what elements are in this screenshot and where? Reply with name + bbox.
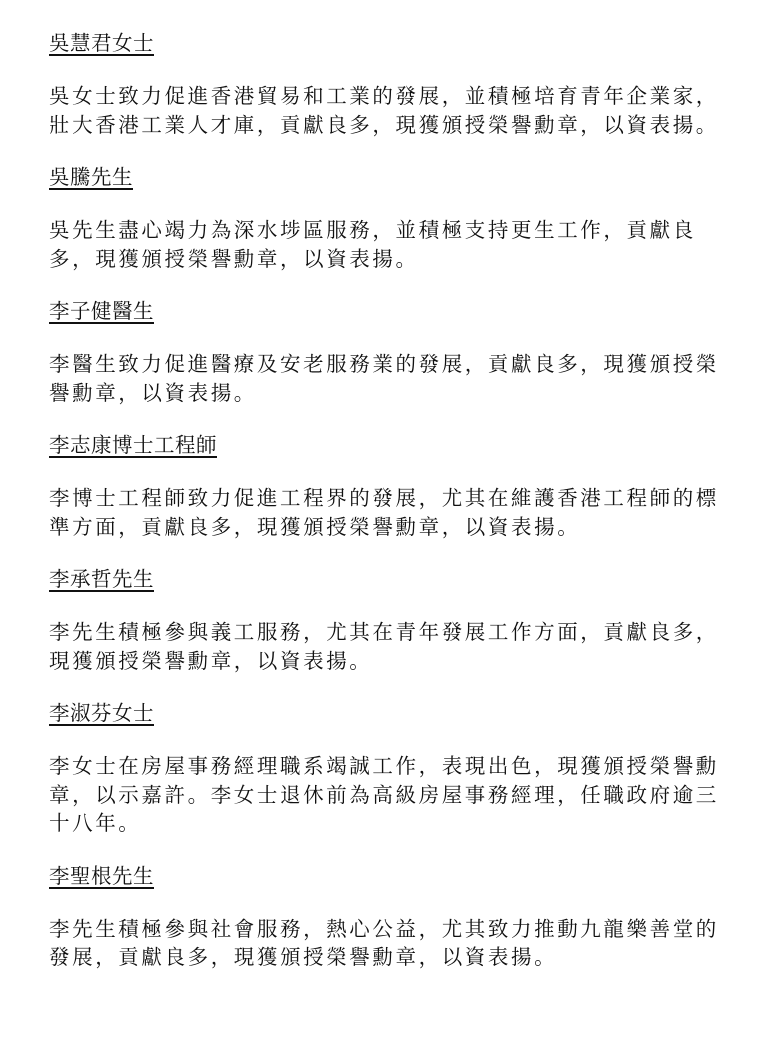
honoree-entry: 吳慧君女士 吳女士致力促進香港貿易和工業的發展，並積極培育青年企業家，壯大香港工… [49, 28, 729, 139]
honoree-entry: 李子健醫生 李醫生致力促進醫療及安老服務業的發展，貢獻良多，現獲頒授榮譽勳章，以… [49, 296, 729, 407]
honoree-name: 李淑芬女士 [49, 698, 154, 728]
honoree-entry: 李淑芬女士 李女士在房屋事務經理職系竭誠工作，表現出色，現獲頒授榮譽勳章，以示嘉… [49, 698, 729, 838]
honoree-description: 李先生積極參與義工服務，尤其在青年發展工作方面，貢獻良多，現獲頒授榮譽勳章，以資… [49, 618, 721, 675]
honoree-entry: 李聖根先生 李先生積極參與社會服務，熱心公益，尤其致力推動九龍樂善堂的發展，貢獻… [49, 861, 729, 972]
honoree-entry: 李承哲先生 李先生積極參與義工服務，尤其在青年發展工作方面，貢獻良多，現獲頒授榮… [49, 564, 729, 675]
honoree-name: 李聖根先生 [49, 861, 154, 891]
document-page: 吳慧君女士 吳女士致力促進香港貿易和工業的發展，並積極培育青年企業家，壯大香港工… [0, 0, 729, 972]
honoree-description: 李醫生致力促進醫療及安老服務業的發展，貢獻良多，現獲頒授榮譽勳章，以資表揚。 [49, 350, 721, 407]
honoree-description: 吳女士致力促進香港貿易和工業的發展，並積極培育青年企業家，壯大香港工業人才庫，貢… [49, 82, 721, 139]
honoree-name: 吳騰先生 [49, 162, 133, 192]
honoree-name: 吳慧君女士 [49, 28, 154, 58]
honoree-entry: 吳騰先生 吳先生盡心竭力為深水埗區服務，並積極支持更生工作，貢獻良多，現獲頒授榮… [49, 162, 729, 273]
honoree-name: 李志康博士工程師 [49, 430, 217, 460]
honoree-description: 李博士工程師致力促進工程界的發展，尤其在維護香港工程師的標準方面，貢獻良多，現獲… [49, 484, 721, 541]
honoree-description: 吳先生盡心竭力為深水埗區服務，並積極支持更生工作，貢獻良多，現獲頒授榮譽勳章，以… [49, 216, 721, 273]
honoree-name: 李子健醫生 [49, 296, 154, 326]
honoree-name: 李承哲先生 [49, 564, 154, 594]
honoree-description: 李女士在房屋事務經理職系竭誠工作，表現出色，現獲頒授榮譽勳章，以示嘉許。李女士退… [49, 752, 721, 838]
honoree-entry: 李志康博士工程師 李博士工程師致力促進工程界的發展，尤其在維護香港工程師的標準方… [49, 430, 729, 541]
honoree-description: 李先生積極參與社會服務，熱心公益，尤其致力推動九龍樂善堂的發展，貢獻良多，現獲頒… [49, 915, 721, 972]
